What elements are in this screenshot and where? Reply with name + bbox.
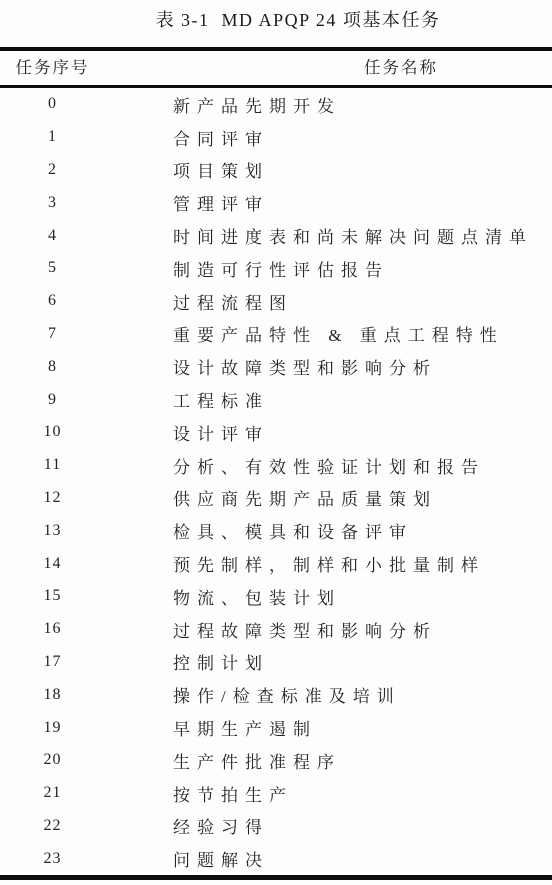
header-task-name: 任务名称 [364, 51, 438, 85]
table-row: 1 合同评审 [0, 121, 552, 154]
table-row: 20 生产件批准程序 [0, 744, 552, 777]
table-row: 22 经验习得 [0, 810, 552, 843]
task-number: 18 [0, 686, 105, 704]
task-number: 17 [0, 653, 105, 671]
task-name: 供应商先期产品质量策划 [105, 485, 437, 510]
task-number: 11 [0, 456, 105, 474]
table-row: 9 工程标准 [0, 383, 552, 416]
table-row: 21 按节拍生产 [0, 777, 552, 810]
task-name: 重要产品特性 & 重点工程特性 [105, 321, 504, 346]
task-name: 时间进度表和尚未解决问题点清单 [105, 223, 533, 248]
task-name: 检具、模具和设备评审 [105, 518, 413, 543]
table-row: 7 重要产品特性 & 重点工程特性 [0, 318, 552, 351]
task-number: 1 [0, 128, 105, 146]
table-row: 8 设计故障类型和影响分析 [0, 350, 552, 383]
table-row: 11 分析、有效性验证计划和报告 [0, 449, 552, 482]
table-row: 13 检具、模具和设备评审 [0, 514, 552, 547]
table-row: 17 控制计划 [0, 646, 552, 679]
task-number: 21 [0, 784, 105, 802]
table-row: 2 项目策划 [0, 154, 552, 187]
task-name: 按节拍生产 [105, 781, 293, 806]
task-name: 分析、有效性验证计划和报告 [105, 453, 485, 478]
header-task-number: 任务序号 [0, 51, 105, 85]
table-row: 18 操作/检查标准及培训 [0, 678, 552, 711]
task-name: 物流、包装计划 [105, 584, 341, 609]
task-number: 5 [0, 259, 105, 277]
task-name: 经验习得 [105, 813, 269, 838]
task-name: 早期生产遏制 [105, 715, 317, 740]
task-name: 问题解决 [105, 846, 269, 871]
task-number: 7 [0, 325, 105, 343]
table-row: 12 供应商先期产品质量策划 [0, 482, 552, 515]
table-row: 15 物流、包装计划 [0, 580, 552, 613]
task-name: 过程故障类型和影响分析 [105, 617, 437, 642]
table-row: 4 时间进度表和尚未解决问题点清单 [0, 219, 552, 252]
task-number: 10 [0, 423, 105, 441]
table-bottom-border [0, 875, 552, 880]
task-number: 14 [0, 555, 105, 573]
task-table-body: 0 新产品先期开发 1 合同评审 2 项目策划 3 管理评审 4 时间进度表和尚… [0, 88, 552, 875]
table-title: 表 3-1 MD APQP 24 项基本任务 [0, 6, 552, 32]
task-name: 管理评审 [105, 190, 269, 215]
task-number: 13 [0, 522, 105, 540]
table-row: 19 早期生产遏制 [0, 711, 552, 744]
task-name: 操作/检查标准及培训 [105, 682, 401, 707]
task-name: 过程流程图 [105, 289, 293, 314]
document-page: 表 3-1 MD APQP 24 项基本任务 任务序号 任务名称 0 新产品先期… [0, 0, 552, 885]
task-name: 生产件批准程序 [105, 748, 341, 773]
task-number: 20 [0, 751, 105, 769]
task-number: 6 [0, 292, 105, 310]
task-number: 15 [0, 587, 105, 605]
task-name: 设计评审 [105, 420, 269, 445]
table-header-row: 任务序号 任务名称 [0, 51, 552, 85]
task-name: 新产品先期开发 [105, 92, 341, 117]
table-row: 23 问题解决 [0, 842, 552, 875]
table-row: 0 新产品先期开发 [0, 88, 552, 121]
task-number: 16 [0, 620, 105, 638]
task-number: 8 [0, 358, 105, 376]
task-number: 22 [0, 817, 105, 835]
task-name: 项目策划 [105, 157, 269, 182]
table-row: 3 管理评审 [0, 186, 552, 219]
task-name: 控制计划 [105, 649, 269, 674]
task-number: 19 [0, 719, 105, 737]
task-number: 4 [0, 227, 105, 245]
table-row: 5 制造可行性评估报告 [0, 252, 552, 285]
task-number: 2 [0, 161, 105, 179]
table-row: 6 过程流程图 [0, 285, 552, 318]
task-name: 合同评审 [105, 125, 269, 150]
task-number: 0 [0, 95, 105, 113]
task-name: 设计故障类型和影响分析 [105, 354, 437, 379]
task-number: 3 [0, 194, 105, 212]
task-name: 工程标准 [105, 387, 269, 412]
task-number: 12 [0, 489, 105, 507]
task-name: 制造可行性评估报告 [105, 256, 389, 281]
task-number: 23 [0, 850, 105, 868]
task-number: 9 [0, 391, 105, 409]
table-row: 10 设计评审 [0, 416, 552, 449]
task-name: 预先制样，制样和小批量制样 [105, 551, 485, 576]
table-row: 14 预先制样，制样和小批量制样 [0, 547, 552, 580]
table-row: 16 过程故障类型和影响分析 [0, 613, 552, 646]
